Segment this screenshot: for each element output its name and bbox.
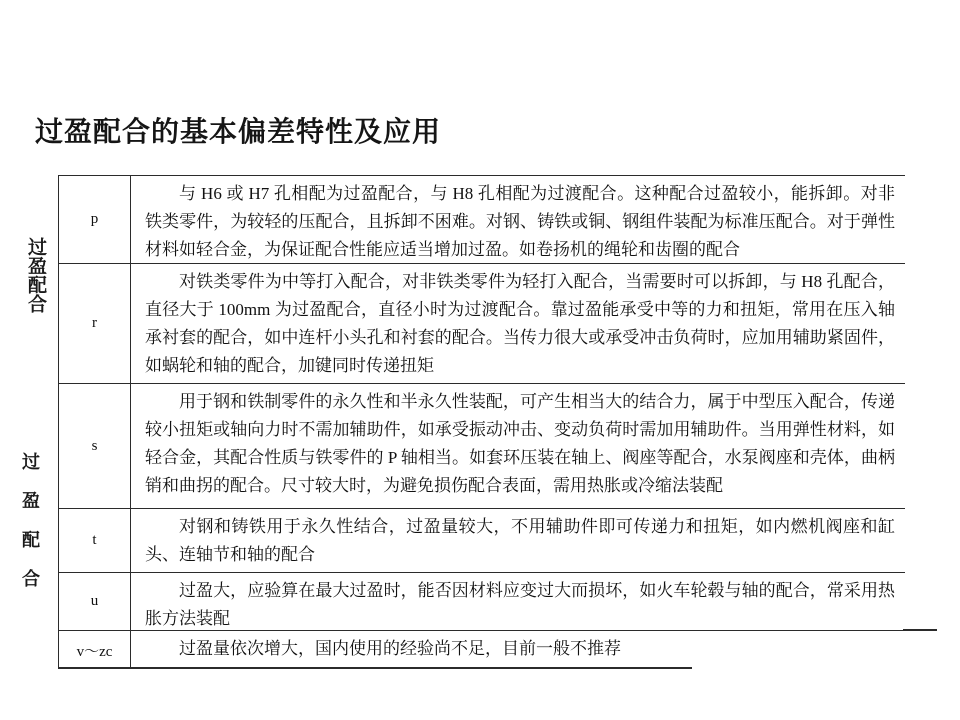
row-description: 过盈大，应验算在最大过盈时，能否因材料应变过大而损坏，如火车轮毂与轴的配合，常采… <box>131 573 905 630</box>
row-code: t <box>59 509 131 572</box>
row-code: p <box>59 176 131 263</box>
side-label-interference-fit-lower: 过盈配合 <box>17 452 43 608</box>
side-label-interference-fit-upper: 过盈配合 <box>22 237 49 313</box>
table-row-s: s 用于钢和铁制零件的永久性和半永久性装配，可产生相当大的结合力，属于中型压入配… <box>59 384 905 509</box>
interference-fit-table: p 与 H6 或 H7 孔相配为过盈配合，与 H8 孔相配为过渡配合。这种配合过… <box>58 175 905 669</box>
row-description: 与 H6 或 H7 孔相配为过盈配合，与 H8 孔相配为过渡配合。这种配合过盈较… <box>131 176 905 263</box>
table-row-r: r 对铁类零件为中等打入配合，对非铁类零件为轻打入配合，当需要时可以拆卸，与 H… <box>59 264 905 384</box>
table-row-p: p 与 H6 或 H7 孔相配为过盈配合，与 H8 孔相配为过渡配合。这种配合过… <box>59 176 905 264</box>
row-code: u <box>59 573 131 630</box>
row-description: 对铁类零件为中等打入配合，对非铁类零件为轻打入配合，当需要时可以拆卸，与 H8 … <box>131 264 905 383</box>
table-row-t: t 对钢和铸铁用于永久性结合，过盈量较大，不用辅助件即可传递力和扭矩，如内燃机阀… <box>59 509 905 573</box>
row-description: 过盈量依次增大，国内使用的经验尚不足，目前一般不推荐 <box>131 631 905 669</box>
table-row-v-zc: v～zc 过盈量依次增大，国内使用的经验尚不足，目前一般不推荐 <box>59 631 905 669</box>
table-bottom-rule <box>58 667 692 669</box>
row-description: 用于钢和铁制零件的永久性和半永久性装配，可产生相当大的结合力，属于中型压入配合，… <box>131 384 905 508</box>
row-code: r <box>59 264 131 383</box>
row-description: 对钢和铸铁用于永久性结合，过盈量较大，不用辅助件即可传递力和扭矩，如内燃机阀座和… <box>131 509 905 572</box>
table-rule-overhang <box>903 629 937 631</box>
table-row-u: u 过盈大，应验算在最大过盈时，能否因材料应变过大而损坏，如火车轮毂与轴的配合，… <box>59 573 905 631</box>
row-code: v～zc <box>59 631 131 669</box>
page-title: 过盈配合的基本偏差特性及应用 <box>35 110 441 150</box>
row-code: s <box>59 384 131 508</box>
document-page: 过盈配合的基本偏差特性及应用 过盈配合 过盈配合 p 与 H6 或 H7 孔相配… <box>0 0 960 720</box>
